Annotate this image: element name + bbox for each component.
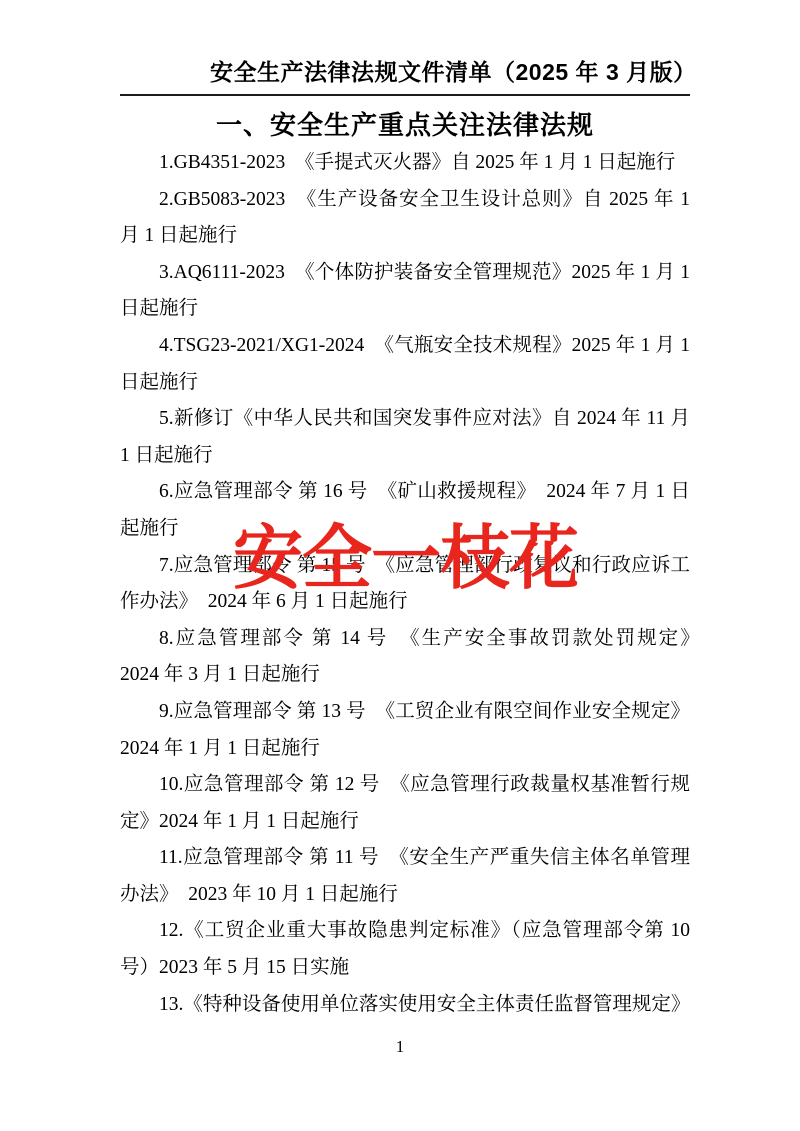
- document-page: 安全生产法律法规文件清单（2025 年 3 月版） 一、安全生产重点关注法律法规…: [0, 0, 800, 1131]
- section-heading: 一、安全生产重点关注法律法规: [120, 109, 690, 141]
- regulation-item: 1.GB4351-2023 《手提式灭火器》自 2025 年 1 月 1 日起施…: [120, 145, 690, 182]
- regulation-item: 8.应急管理部令 第 14 号 《生产安全事故罚款处罚规定》 2024 年 3 …: [120, 621, 690, 694]
- regulation-item: 5.新修订《中华人民共和国突发事件应对法》自 2024 年 11 月 1 日起施…: [120, 401, 690, 474]
- watermark: 安全一枝花: [233, 520, 578, 597]
- regulation-item: 13.《特种设备使用单位落实使用安全主体责任监督管理规定》: [120, 987, 690, 1024]
- regulation-item: 10.应急管理部令 第 12 号 《应急管理行政裁量权基准暂行规定》2024 年…: [120, 767, 690, 840]
- regulation-item: 4.TSG23-2021/XG1-2024 《气瓶安全技术规程》2025 年 1…: [120, 328, 690, 401]
- regulation-item: 2.GB5083-2023 《生产设备安全卫生设计总则》自 2025 年 1 月…: [120, 182, 690, 255]
- regulation-item: 11.应急管理部令 第 11 号 《安全生产严重失信主体名单管理办法》 2023…: [120, 840, 690, 913]
- document-title: 安全生产法律法规文件清单（2025 年 3 月版）: [120, 57, 690, 87]
- header-rule: [120, 94, 690, 96]
- page-number: 1: [0, 1037, 800, 1057]
- regulation-item: 3.AQ6111-2023 《个体防护装备安全管理规范》2025 年 1 月 1…: [120, 255, 690, 328]
- regulation-item: 12.《工贸企业重大事故隐患判定标准》（应急管理部令第 10 号）2023 年 …: [120, 913, 690, 986]
- regulation-item: 9.应急管理部令 第 13 号 《工贸企业有限空间作业安全规定》2024 年 1…: [120, 694, 690, 767]
